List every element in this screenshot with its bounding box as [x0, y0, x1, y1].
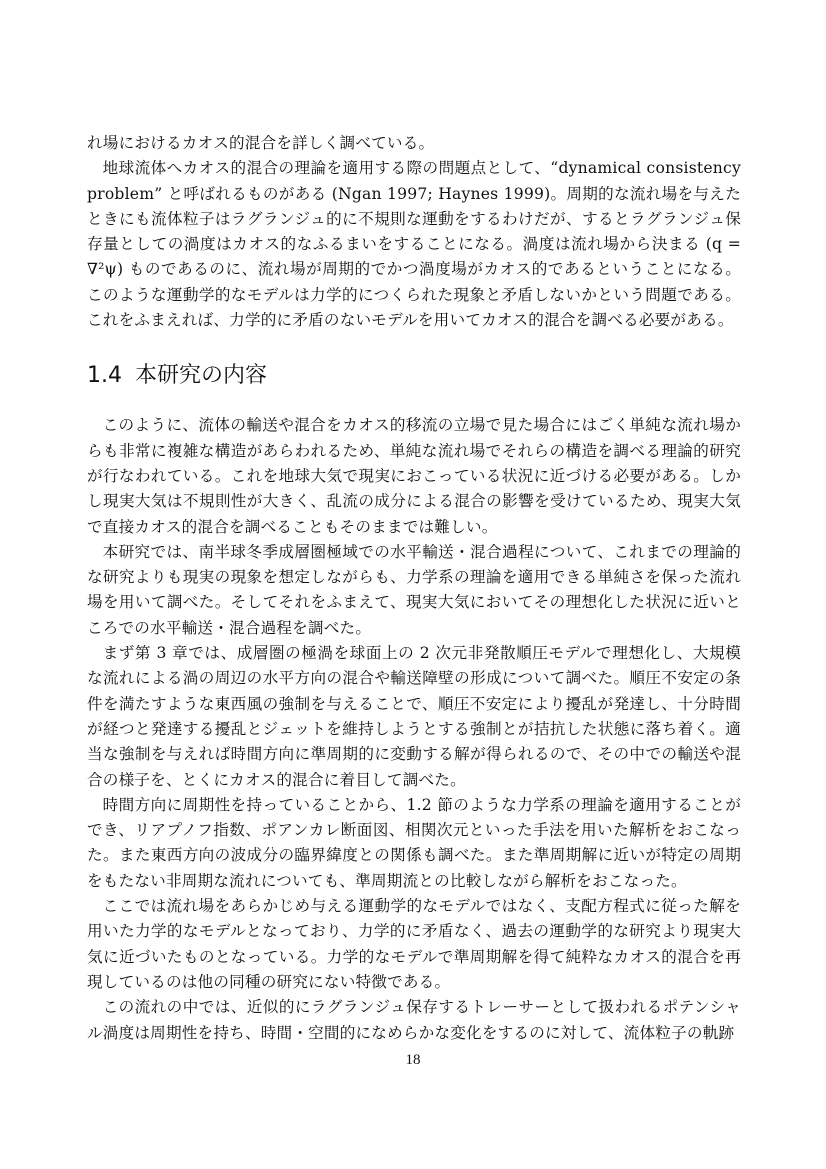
paragraph-intro: このように、流体の輸送や混合をカオス的移流の立場で見た場合にはごく単純な流れ場か…: [87, 413, 741, 539]
section-number: 1.4: [87, 361, 135, 391]
paragraph-chapter3: まず第 3 章では、成層圏の極渦を球面上の 2 次元非発散順圧モデルで理想化し、…: [87, 641, 741, 793]
paragraph-dynamical-consistency: 地球流体へカオス的混合の理論を適用する際の問題点として、“dynamical c…: [87, 156, 741, 333]
paragraph-research-aim: 本研究では、南半球冬季成層圏極域での水平輸送・混合過程について、これまでの理論的…: [87, 540, 741, 641]
paragraph-dynamical-model: ここでは流れ場をあらかじめ与える運動学的なモデルではなく、支配方程式に従った解を…: [87, 894, 741, 995]
paragraph-continuation: れ場におけるカオス的混合を詳しく調べている。: [87, 131, 741, 156]
section-heading: 1.4本研究の内容: [87, 361, 741, 391]
document-page: れ場におけるカオス的混合を詳しく調べている。 地球流体へカオス的混合の理論を適用…: [87, 131, 741, 1046]
paragraph-analysis-methods: 時間方向に周期性を持っていることから、1.2 節のような力学系の理論を適用するこ…: [87, 793, 741, 894]
page-number: 18: [0, 1052, 826, 1069]
section-title: 本研究の内容: [135, 363, 267, 388]
paragraph-potential-vorticity: この流れの中では、近似的にラグランジュ保存するトレーサーとして扱われるポテンシャ…: [87, 995, 741, 1046]
